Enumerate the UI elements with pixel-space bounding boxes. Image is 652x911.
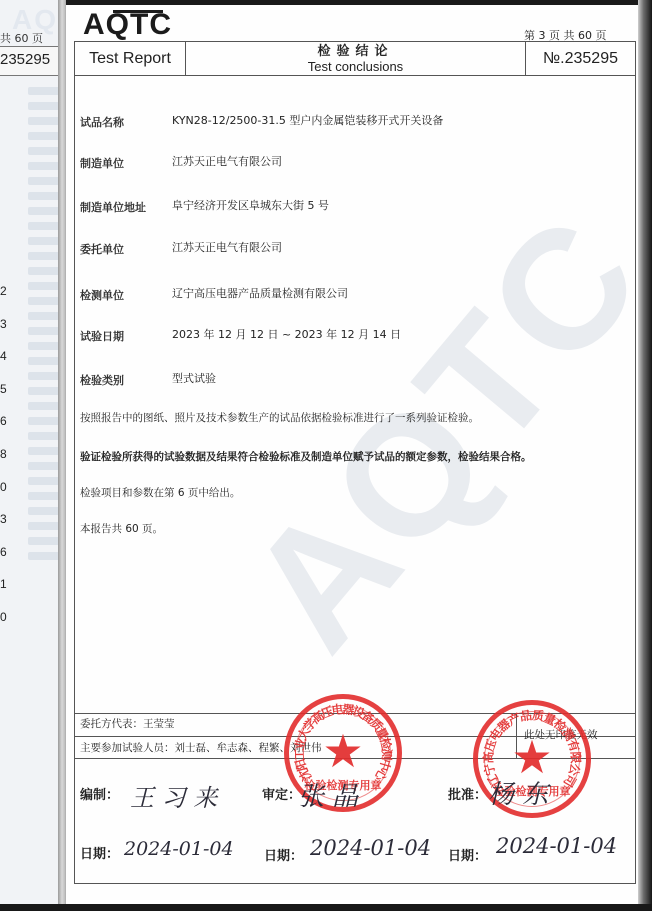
page-bottom-edge: [0, 904, 652, 911]
reviewer-date: 2024-01-04: [310, 836, 431, 860]
logo-bar: [113, 10, 163, 13]
aqtc-logo: AQTC: [83, 10, 172, 40]
approver-date-label: 日期：: [448, 845, 487, 864]
approver-label: 批准：: [448, 784, 487, 803]
field-label: 制造单位地址: [80, 199, 146, 215]
client-representative: 委托方代表：王莹莹: [80, 716, 175, 731]
field-value: 2023 年 12 月 12 日 ~ 2023 年 12 月 14 日: [172, 326, 401, 342]
compiler-date-label: 日期：: [80, 843, 119, 862]
page-top-edge: [66, 0, 652, 5]
field-label: 制造单位: [80, 155, 124, 171]
page-right-edge: [638, 0, 652, 911]
conclusion-paragraph: 验证检验所获得的试验数据及结果符合检验标准及制造单位赋予试品的额定参数，检验结果…: [80, 449, 532, 464]
compiler-signature: 王 习 来: [130, 778, 217, 813]
previous-page-index-number: 0: [0, 480, 7, 513]
field-label: 试验日期: [80, 328, 124, 344]
previous-page-index-number: 3: [0, 512, 7, 545]
field-label: 委托单位: [80, 241, 124, 257]
previous-page-index-number: 2: [0, 284, 7, 317]
previous-page-index-number: 0: [0, 610, 7, 643]
field-label: 试品名称: [80, 114, 124, 130]
compiler-date: 2024-01-04: [124, 838, 234, 860]
approver-date: 2024-01-04: [496, 834, 617, 858]
previous-page-index-number: 1: [0, 577, 7, 610]
conclusion-paragraph: 按照报告中的图纸、照片及技术参数生产的试品依据检验标准进行了一系列验证检验。: [80, 410, 479, 425]
previous-page-index-number: 4: [0, 349, 7, 382]
previous-page-index-number: 5: [0, 382, 7, 415]
field-value: 江苏天正电气有限公司: [172, 153, 282, 169]
conclusion-paragraph: 检验项目和参数在第 6 页中给出。: [80, 485, 240, 500]
previous-page-count: 共 60 页: [0, 30, 43, 46]
previous-page-index-number: 6: [0, 414, 7, 447]
conclusion-paragraph: 本报告共 60 页。: [80, 521, 163, 536]
report-title: 检验结论 Test conclusions: [186, 42, 526, 75]
field-value: 型式试验: [172, 370, 216, 386]
compiler-label: 编制：: [80, 784, 119, 803]
previous-page-strip: AQT 共 60 页 235295 23456803610: [0, 0, 67, 905]
previous-page-report-no: 235295: [0, 51, 50, 68]
test-report-label: Test Report: [75, 42, 186, 75]
report-header-table: Test Report 检验结论 Test conclusions №.2352…: [74, 41, 636, 76]
previous-page-index-number: 6: [0, 545, 7, 578]
field-value: 江苏天正电气有限公司: [172, 239, 282, 255]
field-label: 检测单位: [80, 287, 124, 303]
field-value: KYN28-12/2500-31.5 型户内金属铠装移开式开关设备: [172, 112, 443, 128]
reviewer-label: 审定：: [262, 784, 301, 803]
reviewer-date-label: 日期：: [264, 845, 303, 864]
previous-page-index-number: 3: [0, 317, 7, 350]
report-number: №.235295: [526, 42, 635, 75]
report-title-zh: 检验结论: [317, 44, 393, 59]
previous-page-index-number: 8: [0, 447, 7, 480]
field-value: 辽宁高压电器产品质量检测有限公司: [172, 285, 348, 301]
previous-page-index-numbers: 23456803610: [0, 284, 7, 643]
field-label: 检验类别: [80, 372, 124, 388]
field-value: 阜宁经济开发区阜城东大街 5 号: [172, 197, 329, 213]
report-title-en: Test conclusions: [308, 59, 403, 74]
reviewer-signature: 张 晶: [298, 776, 358, 813]
approver-signature: 杨 东: [488, 774, 548, 811]
